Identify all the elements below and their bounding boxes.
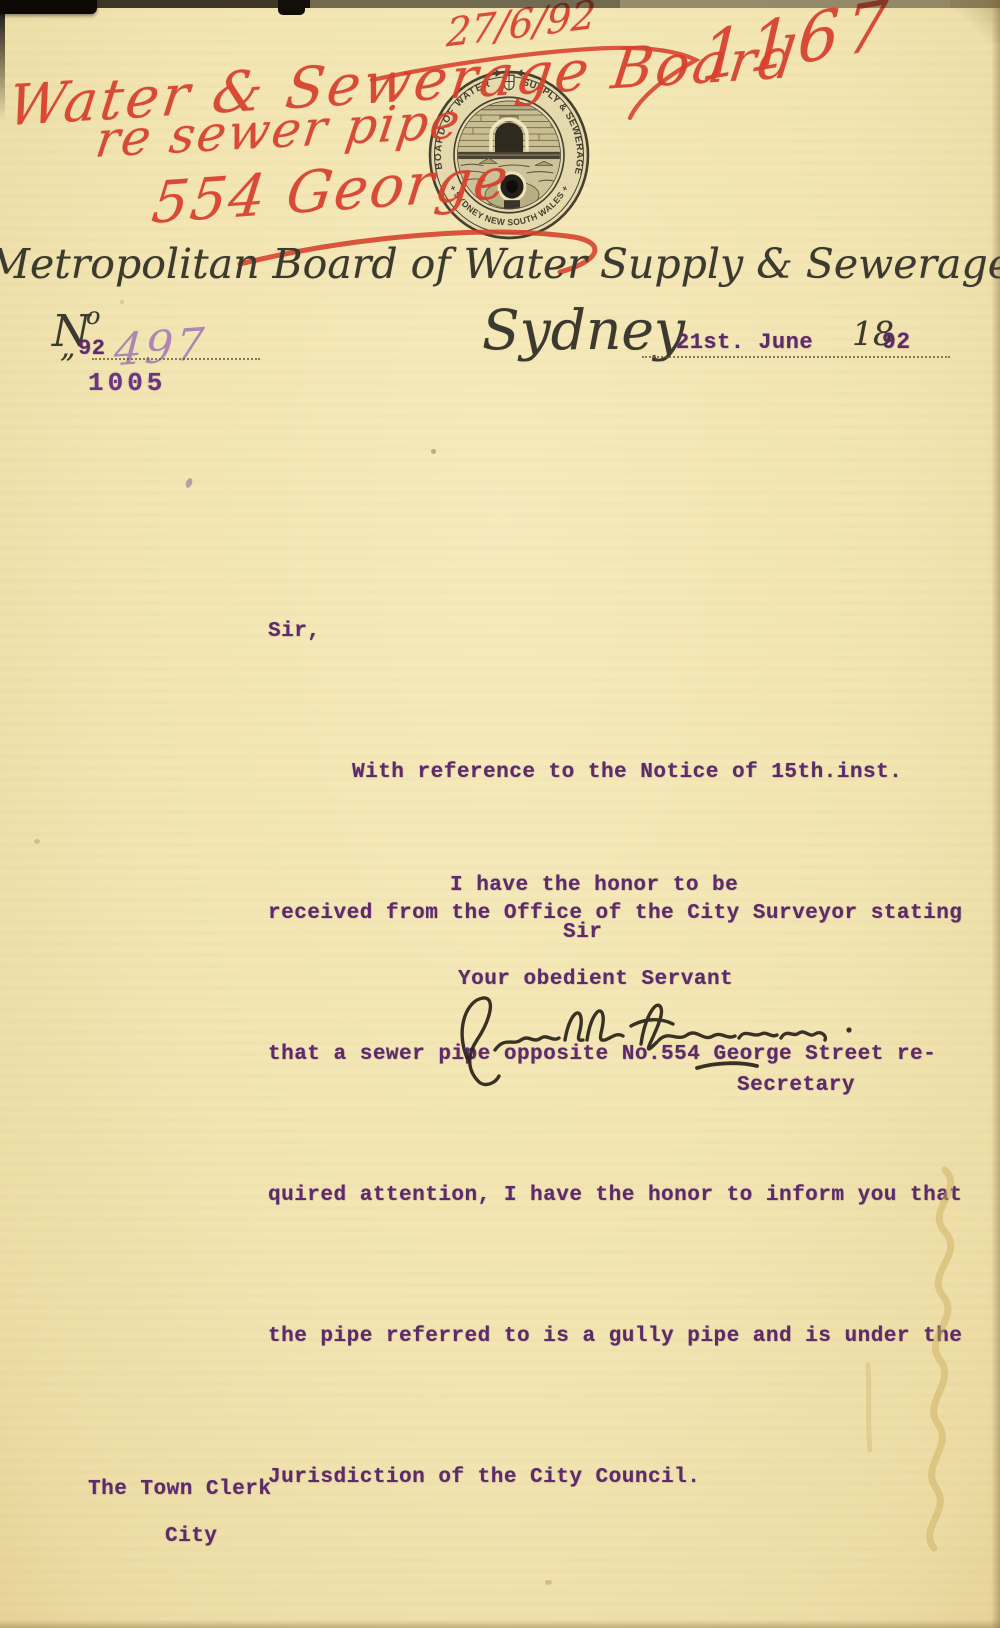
scan-corner-top-left [0, 0, 97, 14]
body-line: With reference to the Notice of 15th.ins… [268, 749, 962, 796]
foxing-speck [431, 449, 436, 454]
number-label-o: o [86, 302, 100, 330]
letterhead-organization: Metropolitan Board of Water Supply & Sew… [0, 240, 1000, 288]
recipient-address: City [165, 1525, 217, 1548]
scan-edge-top [0, 0, 1000, 8]
signer-title: Secretary [737, 1074, 855, 1097]
scan-edge-bottom [0, 1619, 1000, 1628]
scan-corner-top-right [952, 0, 1000, 42]
valediction-line1: I have the honor to be [450, 874, 738, 897]
valediction-line2: Sir [563, 921, 602, 944]
foxing-speck [545, 1580, 552, 1585]
year-typed: 92 [882, 329, 911, 355]
salutation: Sir, [268, 608, 962, 655]
number-label-commas: „ [60, 330, 76, 365]
foxing-speck [120, 300, 124, 304]
number-stamped: 1005 [88, 368, 166, 398]
scan-edge-left [0, 0, 5, 120]
number-dotted-line [92, 340, 260, 360]
letter-page: BOARD OF WATER SUPPLY & SEWERAGE + SYDNE… [0, 0, 1000, 1628]
ink-showthrough-ghost [830, 1150, 1000, 1580]
scan-edge-right [991, 0, 1000, 1628]
letter-date-typed: 21st. June [676, 330, 813, 355]
body-line: received from the Office of the City Sur… [268, 890, 962, 937]
recipient-name: The Town Clerk [88, 1478, 271, 1501]
foxing-speck [34, 839, 40, 844]
scan-edge-notch [278, 0, 305, 15]
ink-speck [184, 477, 193, 488]
